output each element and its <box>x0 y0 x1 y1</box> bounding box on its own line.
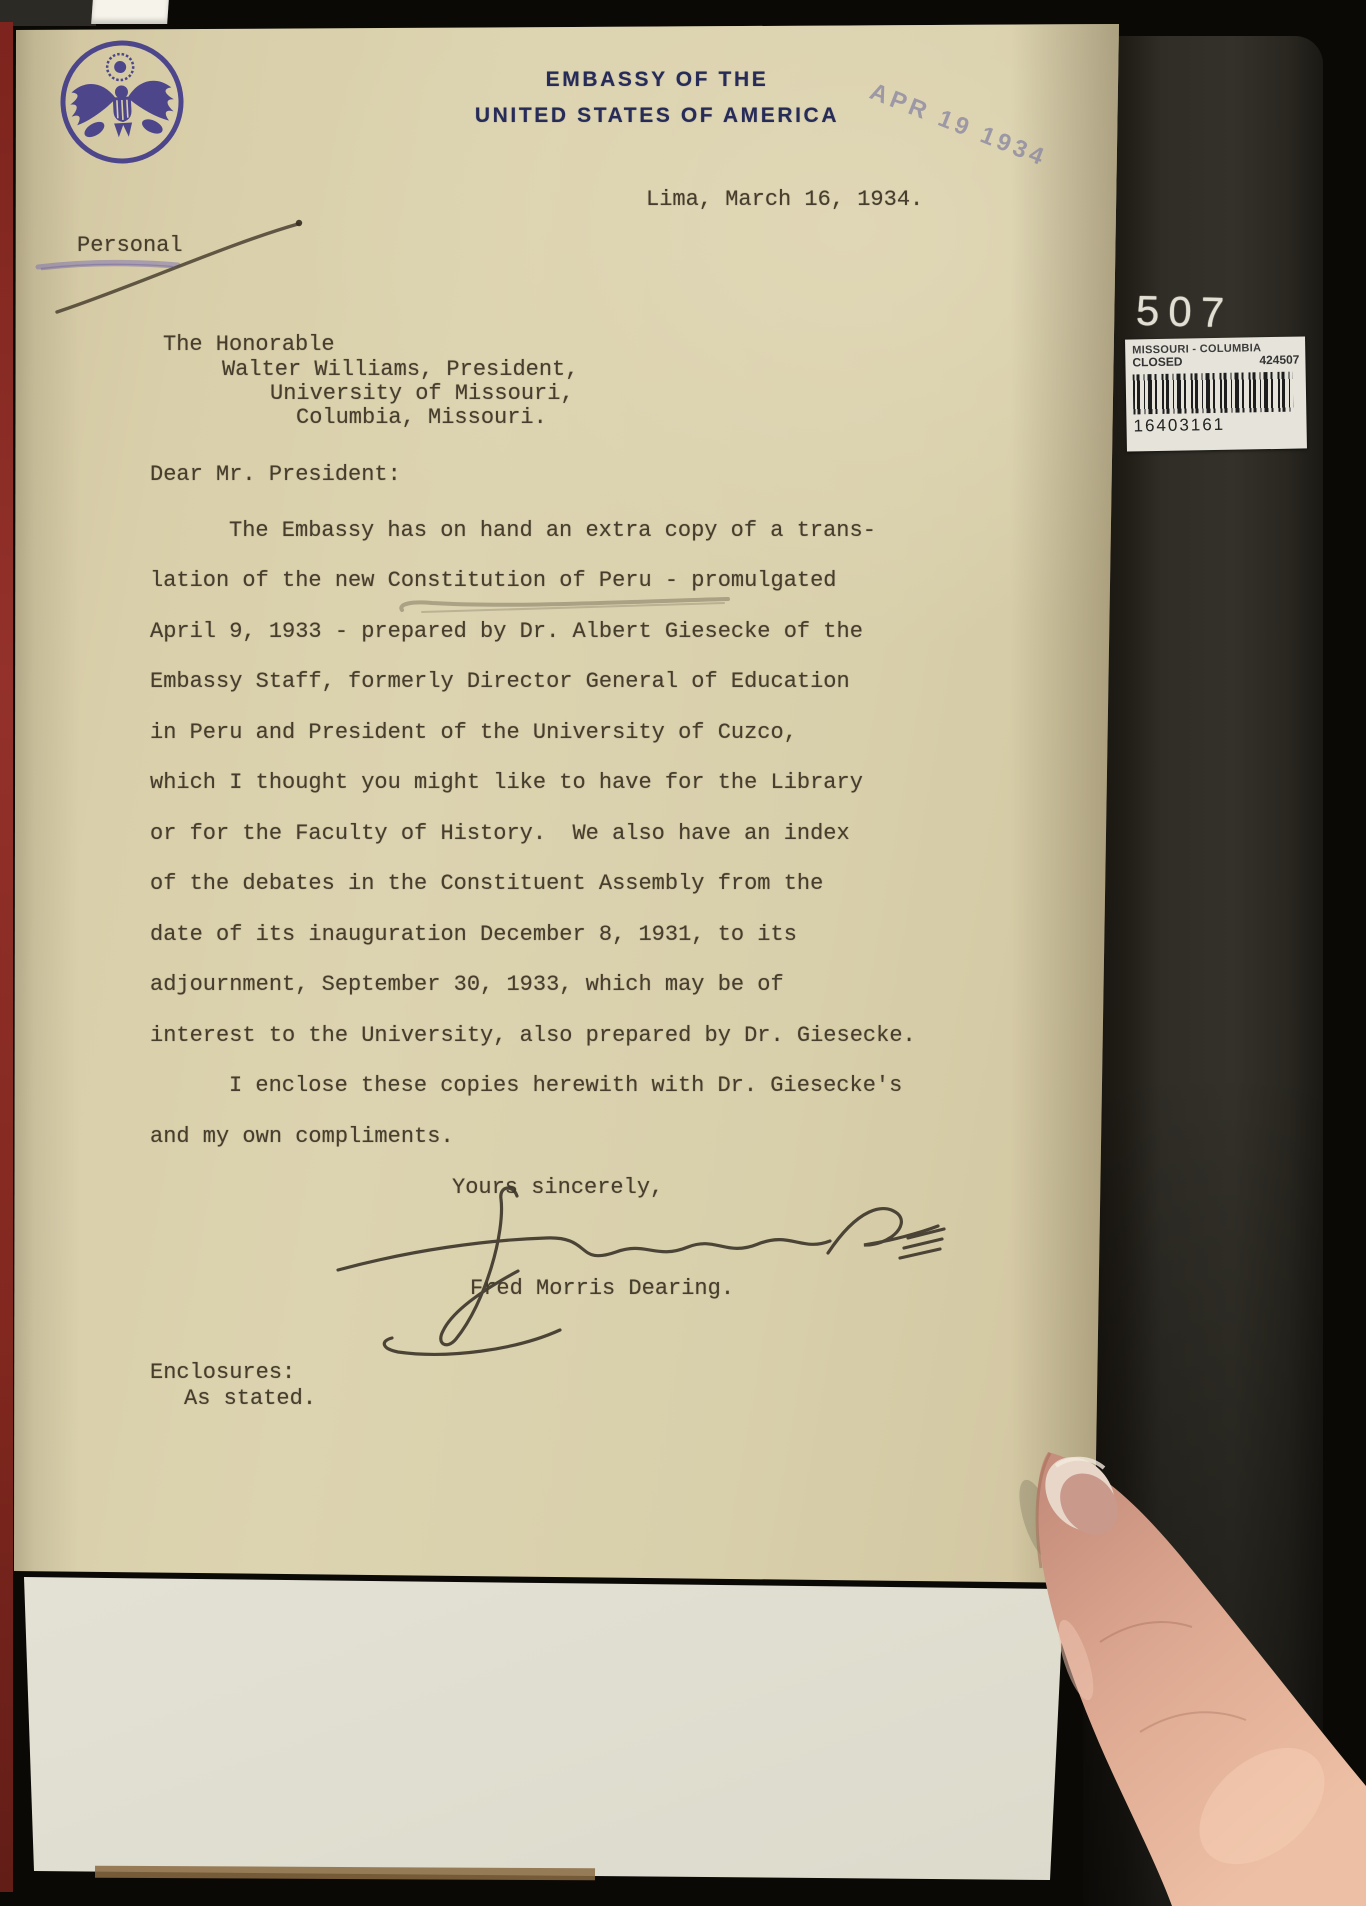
label-id: 424507 <box>1259 354 1299 368</box>
call-number: 507 <box>1135 287 1233 338</box>
photo-of-letter-in-bound-volume: 507 MISSOURI - COLUMBIA CLOSED 424507 16… <box>0 0 1366 1906</box>
book-spine <box>0 22 13 1892</box>
library-label: MISSOURI - COLUMBIA CLOSED 424507 164031… <box>1125 336 1307 451</box>
page-edge-kraft <box>95 1866 595 1881</box>
barcode <box>1133 372 1294 415</box>
bookmark-tab <box>91 0 169 24</box>
barcode-number: 16403161 <box>1133 415 1300 436</box>
enclosures-value: As stated. <box>184 1387 316 1411</box>
signature-typed: Fred Morris Dearing. <box>470 1277 734 1301</box>
background-shadow <box>0 0 96 26</box>
label-status: CLOSED <box>1132 356 1182 370</box>
enclosures-label: Enclosures: <box>150 1361 295 1385</box>
